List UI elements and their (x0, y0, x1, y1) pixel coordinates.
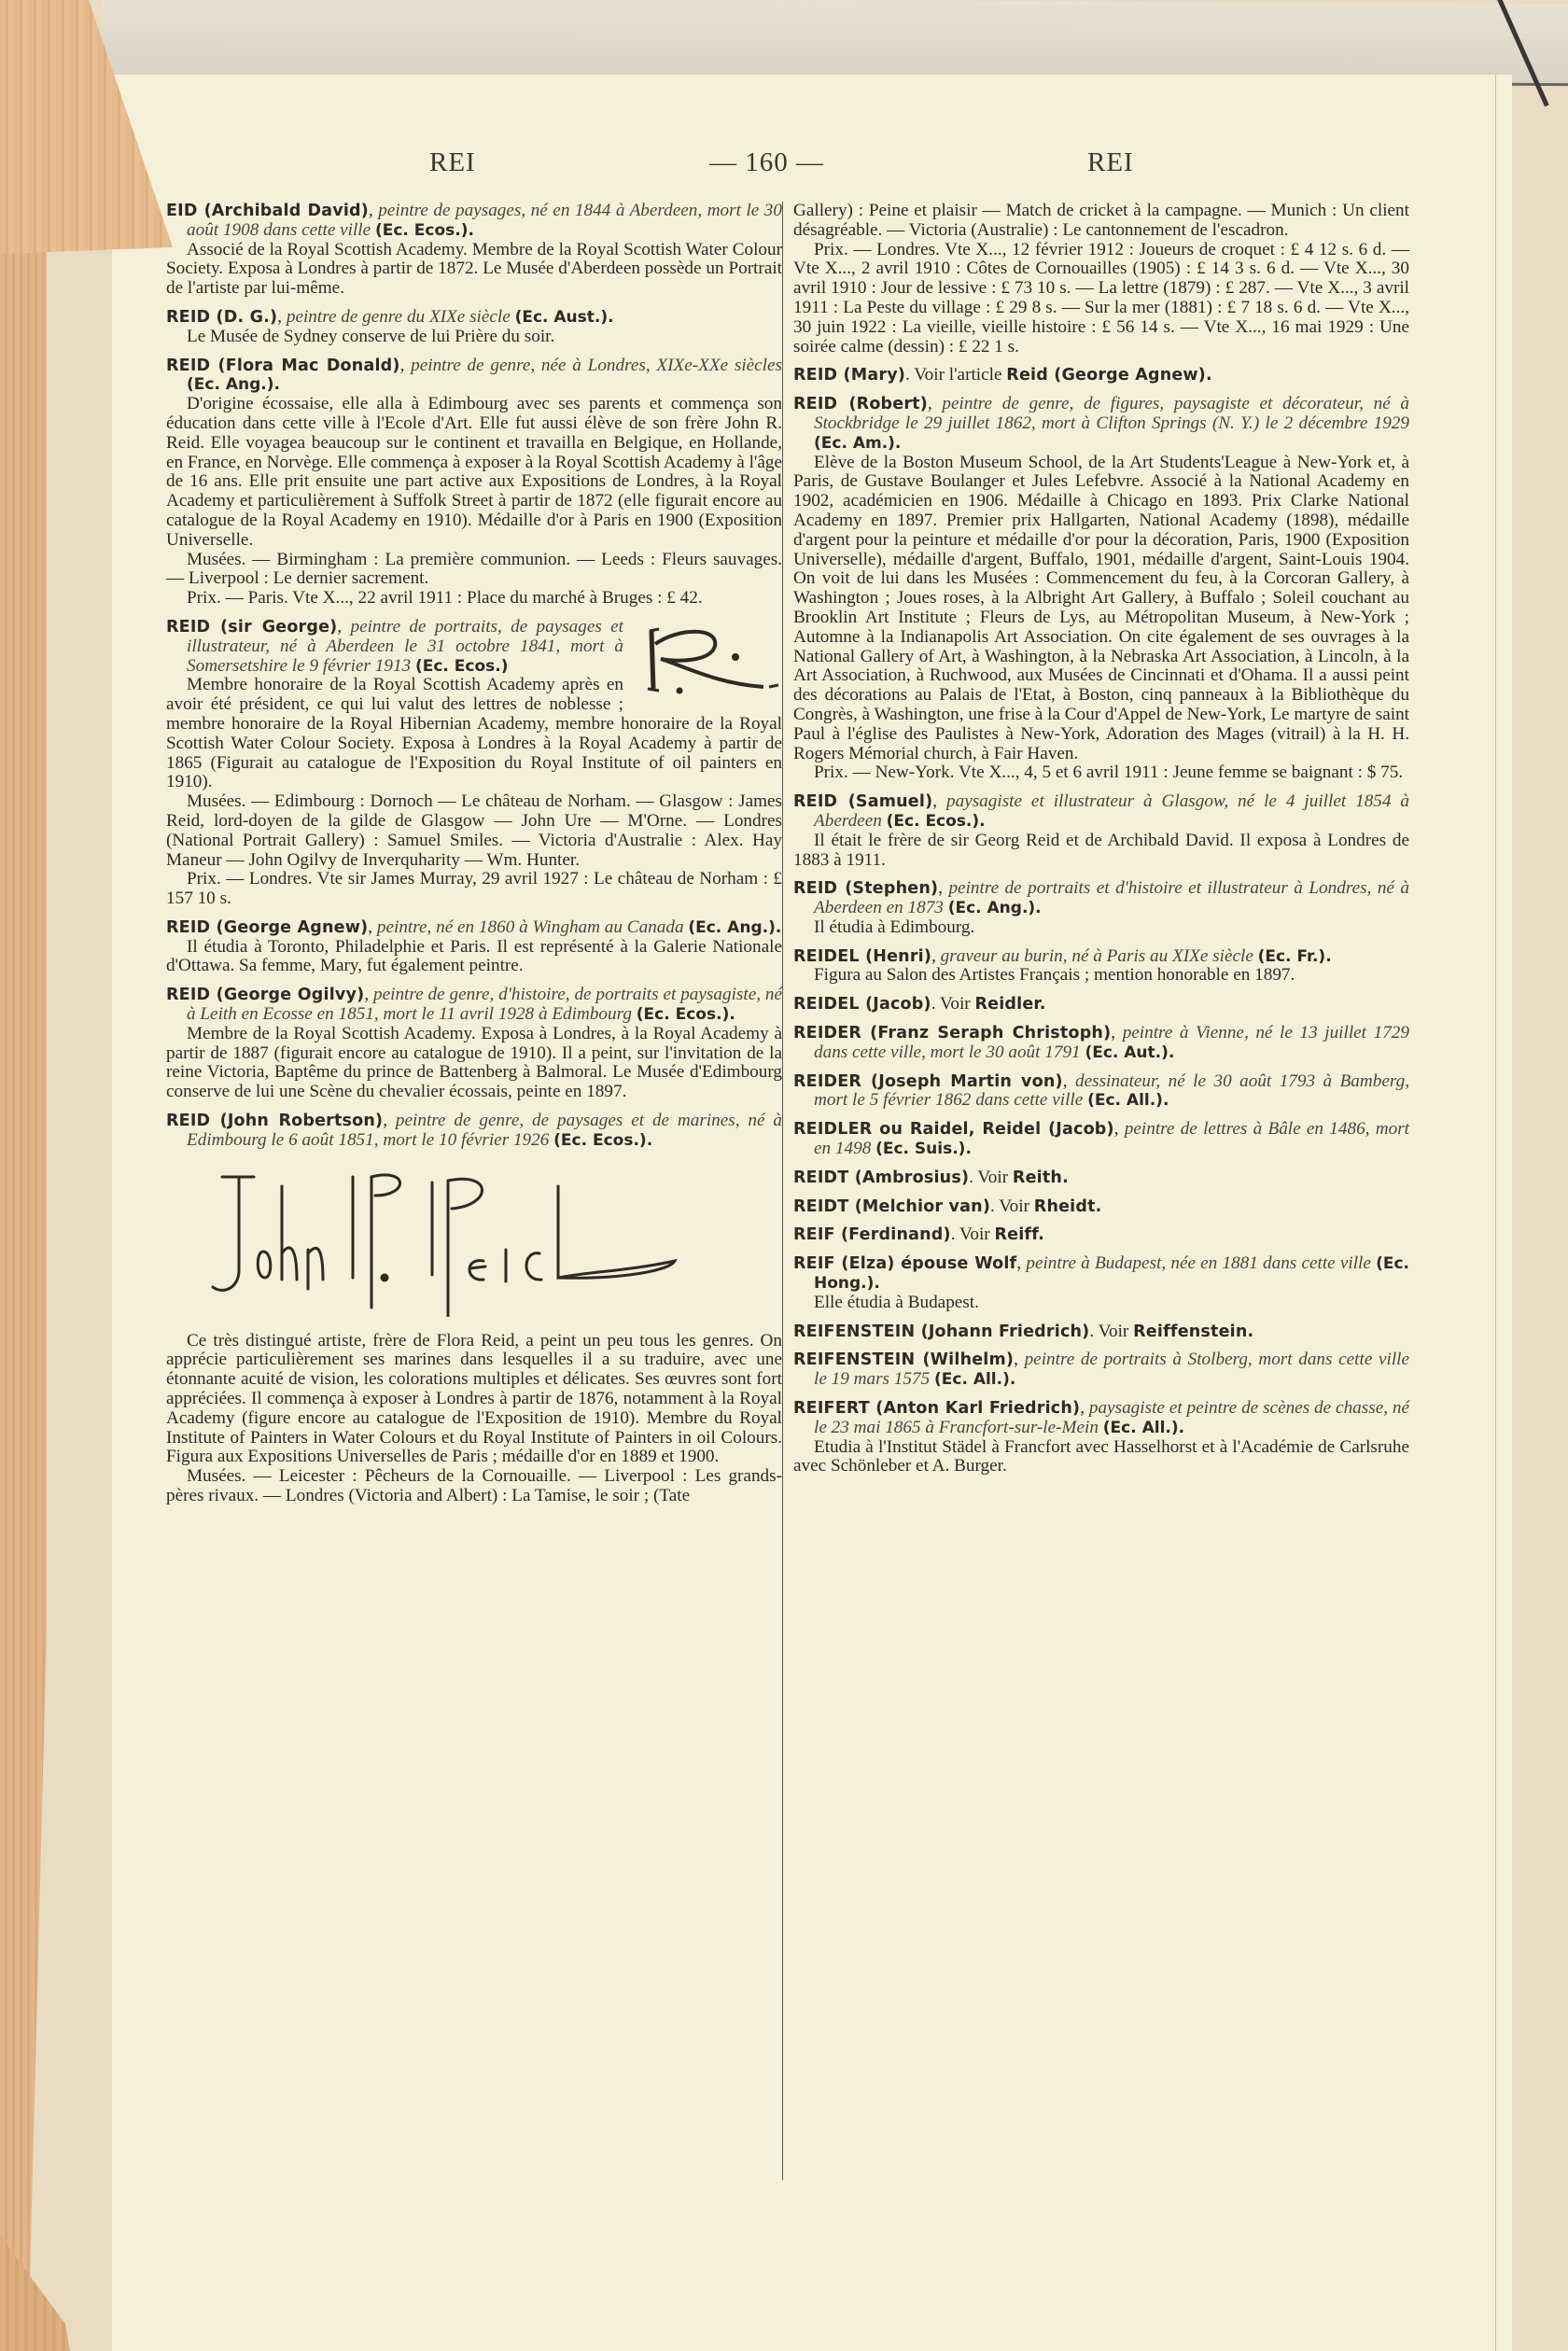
see-label: Voir (940, 994, 971, 1014)
see-target-link[interactable]: Reiffenstein. (1133, 1322, 1253, 1341)
entry: EID (Archibald David), peintre de paysag… (166, 202, 782, 299)
entry-name: REID (sir George) (166, 618, 337, 637)
entry-school: (Ec. Aut.). (1085, 1043, 1174, 1062)
r-monogram-icon (633, 623, 782, 696)
entry: REIFENSTEIN (Wilhelm), peintre de portra… (793, 1350, 1409, 1390)
entry: REIFERT (Anton Karl Friedrich), paysagis… (793, 1399, 1409, 1476)
entry-prices: Prix. — New-York. Vte X..., 4, 5 et 6 av… (793, 763, 1409, 783)
entry: REIDT (Melchior van). Voir Rheidt. (793, 1197, 1409, 1217)
entry-paragraph: Associé de la Royal Scottish Academy. Me… (166, 241, 782, 299)
see-target-link[interactable]: Rheidt. (1034, 1197, 1102, 1216)
entry-school: (Ec. Ecos.). (553, 1131, 652, 1150)
entry-school: (Ec. Suis.). (875, 1140, 972, 1158)
see-label: Voir (959, 1224, 990, 1244)
see-target-link[interactable]: Reith. (1013, 1169, 1069, 1187)
entry-description: peintre à Budapest, née en 1881 dans cet… (1026, 1253, 1371, 1273)
entry-name: REID (D. G.) (166, 308, 277, 327)
entry-school: (Ec. All.). (1103, 1419, 1184, 1437)
entry-name: REID (Stephen) (793, 879, 938, 898)
entry: REIDEL (Henri), graveur au burin, né à P… (793, 947, 1409, 987)
entry-name: REIDER (Joseph Martin von) (793, 1072, 1063, 1091)
entry: REIDEL (Jacob). Voir Reidler. (793, 995, 1409, 1015)
entry-school: (Ec. Ecos.). (887, 812, 986, 831)
entry-name: REIDEL (Henri) (793, 947, 931, 966)
entry-name: REIF (Ferdinand) (793, 1225, 951, 1244)
entry-school: (Ec. Aust.). (515, 308, 614, 327)
entry-museums: Gallery) : Peine et plaisir — Match de c… (793, 202, 1409, 241)
overlapping-sheet (103, 0, 1568, 86)
entry-paragraph: Il étudia à Edimbourg. (793, 918, 1409, 938)
entry-description: peintre de genre, née à Londres, XIXe-XX… (411, 356, 782, 375)
entry-paragraph: Il étudia à Toronto, Philadelphie et Par… (166, 938, 782, 977)
entry: REIDT (Ambrosius). Voir Reith. (793, 1169, 1409, 1188)
entry-name: REIF (Elza) épouse Wolf (793, 1254, 1016, 1273)
entry-paragraph: Elève de la Boston Museum School, de la … (793, 454, 1409, 764)
entry-prices: Prix. — Paris. Vte X..., 22 avril 1911 :… (166, 589, 782, 609)
entry-name: REIFERT (Anton Karl Friedrich) (793, 1399, 1080, 1418)
entry: REID (Flora Mac Donald), peintre de genr… (166, 357, 782, 609)
running-head: REI — 160 — REI (429, 147, 1139, 185)
column-divider (782, 202, 783, 2180)
entry: REID (sir George), peintre de portraits,… (166, 618, 782, 909)
see-target-link[interactable]: Reiff. (994, 1225, 1043, 1244)
entry-paragraph: D'origine écossaise, elle alla à Edimbou… (166, 395, 782, 550)
entry: REIF (Elza) épouse Wolf, peintre à Budap… (793, 1254, 1409, 1312)
entry: REID (John Robertson), peintre de genre,… (166, 1112, 782, 1506)
entry-description: graveur au burin, né à Paris au XIXe siè… (941, 946, 1253, 966)
entry-name: REIDER (Franz Seraph Christoph) (793, 1024, 1111, 1043)
entry-school: (Ec. All.). (1087, 1091, 1169, 1110)
entry-name: REID (Robert) (793, 395, 928, 413)
entry-name: REID (Mary) (793, 366, 905, 385)
entry-school: (Ec. Am.). (814, 434, 901, 453)
entry: REIDER (Joseph Martin von), dessinateur,… (793, 1072, 1409, 1112)
entry-school: (Ec. Fr.). (1258, 947, 1332, 966)
entry-paragraph: Figura au Salon des Artistes Français ; … (793, 966, 1409, 986)
see-label: Voir (999, 1196, 1029, 1216)
see-label: Voir (977, 1168, 1008, 1187)
entry-school: (Ec. Ang.). (948, 899, 1042, 917)
entry-name: REIDT (Ambrosius) (793, 1169, 969, 1187)
entry-paragraph: Membre de la Royal Scottish Academy. Exp… (166, 1025, 782, 1102)
entry: REIFENSTEIN (Johann Friedrich). Voir Rei… (793, 1322, 1409, 1342)
entry: REID (Stephen), peintre de portraits et … (793, 879, 1409, 937)
see-target-link[interactable]: Reid (George Agnew). (1006, 366, 1212, 385)
entry-museums: Musées. — Edimbourg : Dornoch — Le châte… (166, 792, 782, 870)
entry-name: REIDLER ou Raidel, Reidel (Jacob) (793, 1120, 1114, 1139)
entry: REID (Robert), peintre de genre, de figu… (793, 395, 1409, 783)
entry-paragraph: Etudia à l'Institut Städel à Francfort a… (793, 1438, 1409, 1477)
entry-name: REID (George Ogilvy) (166, 986, 364, 1004)
entry-museums: Musées. — Birmingham : La première commu… (166, 551, 782, 590)
entry: REID (Mary). Voir l'article Reid (George… (793, 366, 1409, 385)
john-r-reid-signature-icon (185, 1168, 707, 1317)
entry: REIDER (Franz Seraph Christoph), peintre… (793, 1024, 1409, 1063)
entry-school: (Ec. Ecos.) (415, 657, 509, 676)
entry-name: REIDT (Melchior van) (793, 1197, 990, 1216)
page-fold-line (1495, 75, 1496, 2351)
entry-school: (Ec. Ang.). (688, 918, 781, 937)
wooden-clip-left (0, 0, 47, 2351)
entry: REID (George Ogilvy), peintre de genre, … (166, 986, 782, 1102)
entry: REID (George Agnew), peintre, né en 1860… (166, 918, 782, 976)
entry-school: (Ec. Ecos.). (637, 1005, 735, 1024)
entry-name: REID (George Agnew) (166, 918, 368, 937)
right-column: Gallery) : Peine et plaisir — Match de c… (793, 202, 1409, 1486)
see-label: Voir l'article (914, 365, 1001, 385)
entry-description: peintre, né en 1860 à Wingham au Canada (377, 917, 684, 937)
entry-paragraph: Elle étudia à Budapest. (793, 1294, 1409, 1313)
entry-name: REIFENSTEIN (Johann Friedrich) (793, 1322, 1089, 1341)
wooden-clip-bottom (0, 2235, 70, 2351)
entry-paragraph: Il était le frère de sir Georg Reid et d… (793, 832, 1409, 871)
running-head-left: REI (429, 147, 476, 178)
entry-name: REID (Flora Mac Donald) (166, 357, 400, 375)
page-number: — 160 — (709, 147, 824, 178)
entry-prices: Prix. — Londres. Vte X..., 12 février 19… (793, 241, 1409, 357)
entry: REID (Samuel), paysagiste et illustrateu… (793, 792, 1409, 870)
entry-paragraph: Ce très distingué artiste, frère de Flor… (166, 1332, 782, 1468)
left-column: EID (Archibald David), peintre de paysag… (166, 202, 782, 1516)
entry-name: REIDEL (Jacob) (793, 995, 931, 1014)
entry: REIF (Ferdinand). Voir Reiff. (793, 1225, 1409, 1245)
see-target-link[interactable]: Reidler. (974, 995, 1045, 1014)
see-label: Voir (1099, 1322, 1129, 1341)
entry-name: REIFENSTEIN (Wilhelm) (793, 1350, 1014, 1369)
entry-school: (Ec. Ecos.). (375, 221, 474, 240)
entry: REIDLER ou Raidel, Reidel (Jacob), peint… (793, 1120, 1409, 1159)
running-head-right: REI (1087, 147, 1134, 178)
entry-description: peintre de genre du XIXe siècle (287, 307, 511, 327)
entry-name: REID (John Robertson) (166, 1112, 383, 1130)
entry-name: REID (Samuel) (793, 792, 932, 811)
entry: REID (D. G.), peintre de genre du XIXe s… (166, 308, 782, 347)
entry-paragraph: Le Musée de Sydney conserve de lui Prièr… (166, 328, 782, 347)
entry-name: EID (Archibald David) (166, 202, 369, 220)
entry-museums: Musées. — Leicester : Pêcheurs de la Cor… (166, 1467, 782, 1506)
entry-prices: Prix. — Londres. Vte sir James Murray, 2… (166, 870, 782, 909)
entry-school: (Ec. All.). (934, 1370, 1015, 1389)
entry-continuation: Gallery) : Peine et plaisir — Match de c… (793, 202, 1409, 357)
entry-school: (Ec. Ang.). (187, 375, 280, 394)
